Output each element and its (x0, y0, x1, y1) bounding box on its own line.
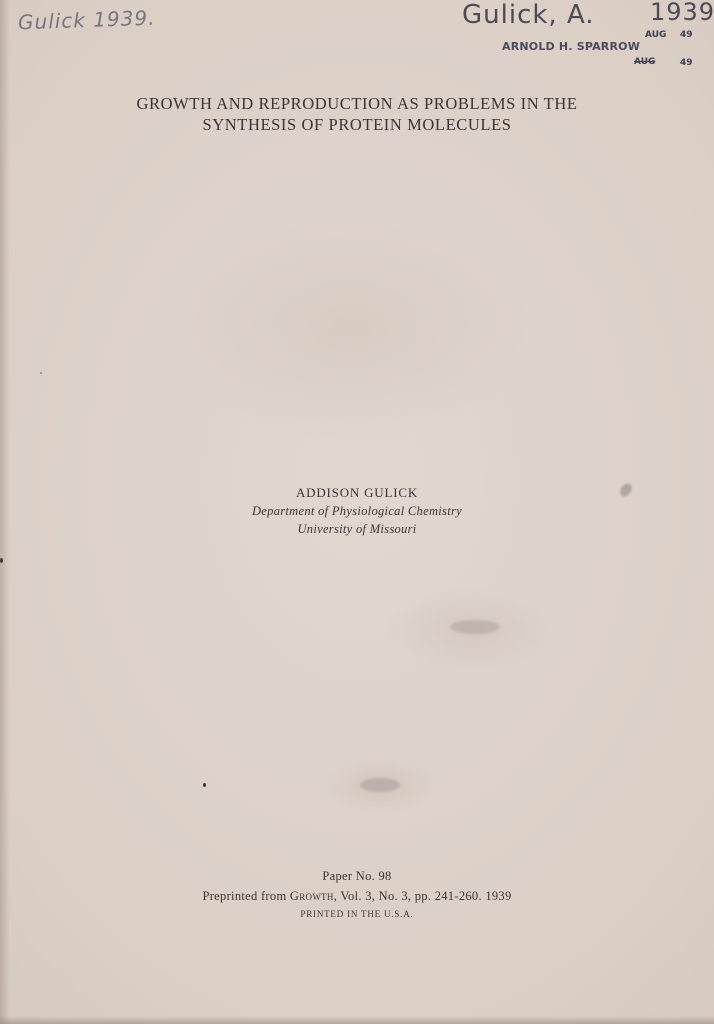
preprint-citation: Preprinted from Growth, Vol. 3, No. 3, p… (0, 886, 714, 906)
preprint-details: , Vol. 3, No. 3, pp. 241-260. 1939 (334, 889, 512, 903)
document-title: GROWTH AND REPRODUCTION AS PROBLEMS IN T… (0, 93, 714, 135)
title-line-2: SYNTHESIS OF PROTEIN MOLECULES (0, 114, 714, 135)
stamp-mark: 49 (680, 58, 693, 68)
title-line-1: GROWTH AND REPRODUCTION AS PROBLEMS IN T… (0, 93, 714, 114)
handwritten-note-year: 1939 (650, 0, 714, 26)
stamp-mark: 49 (680, 30, 693, 40)
author-department: Department of Physiological Chemistry (0, 502, 714, 520)
page-bottom-edge (0, 1016, 714, 1024)
author-block: ADDISON GULICK Department of Physiologic… (0, 484, 714, 538)
journal-name: Growth (290, 889, 334, 903)
preprint-prefix: Preprinted from (202, 889, 289, 903)
stamp-mark: AUG (634, 57, 655, 67)
ink-speck (0, 558, 3, 563)
stamp-mark: AUG (645, 30, 666, 40)
handwritten-note-author: Gulick, A. (462, 0, 595, 30)
paper-stain (360, 778, 400, 792)
owner-stamp: ARNOLD H. SPARROW (502, 40, 640, 53)
paper-number: Paper No. 98 (0, 866, 714, 886)
paper-stain (450, 620, 500, 634)
author-university: University of Missouri (0, 520, 714, 538)
handwritten-note-left: Gulick 1939. (18, 6, 156, 35)
ink-speck (203, 783, 206, 787)
author-name: ADDISON GULICK (0, 484, 714, 502)
document-cover-page: Gulick 1939. Gulick, A. 1939 ARNOLD H. S… (0, 0, 714, 1024)
ink-speck (40, 372, 42, 374)
printed-in-notice: PRINTED IN THE U.S.A. (0, 906, 714, 922)
publication-footer: Paper No. 98 Preprinted from Growth, Vol… (0, 866, 714, 922)
